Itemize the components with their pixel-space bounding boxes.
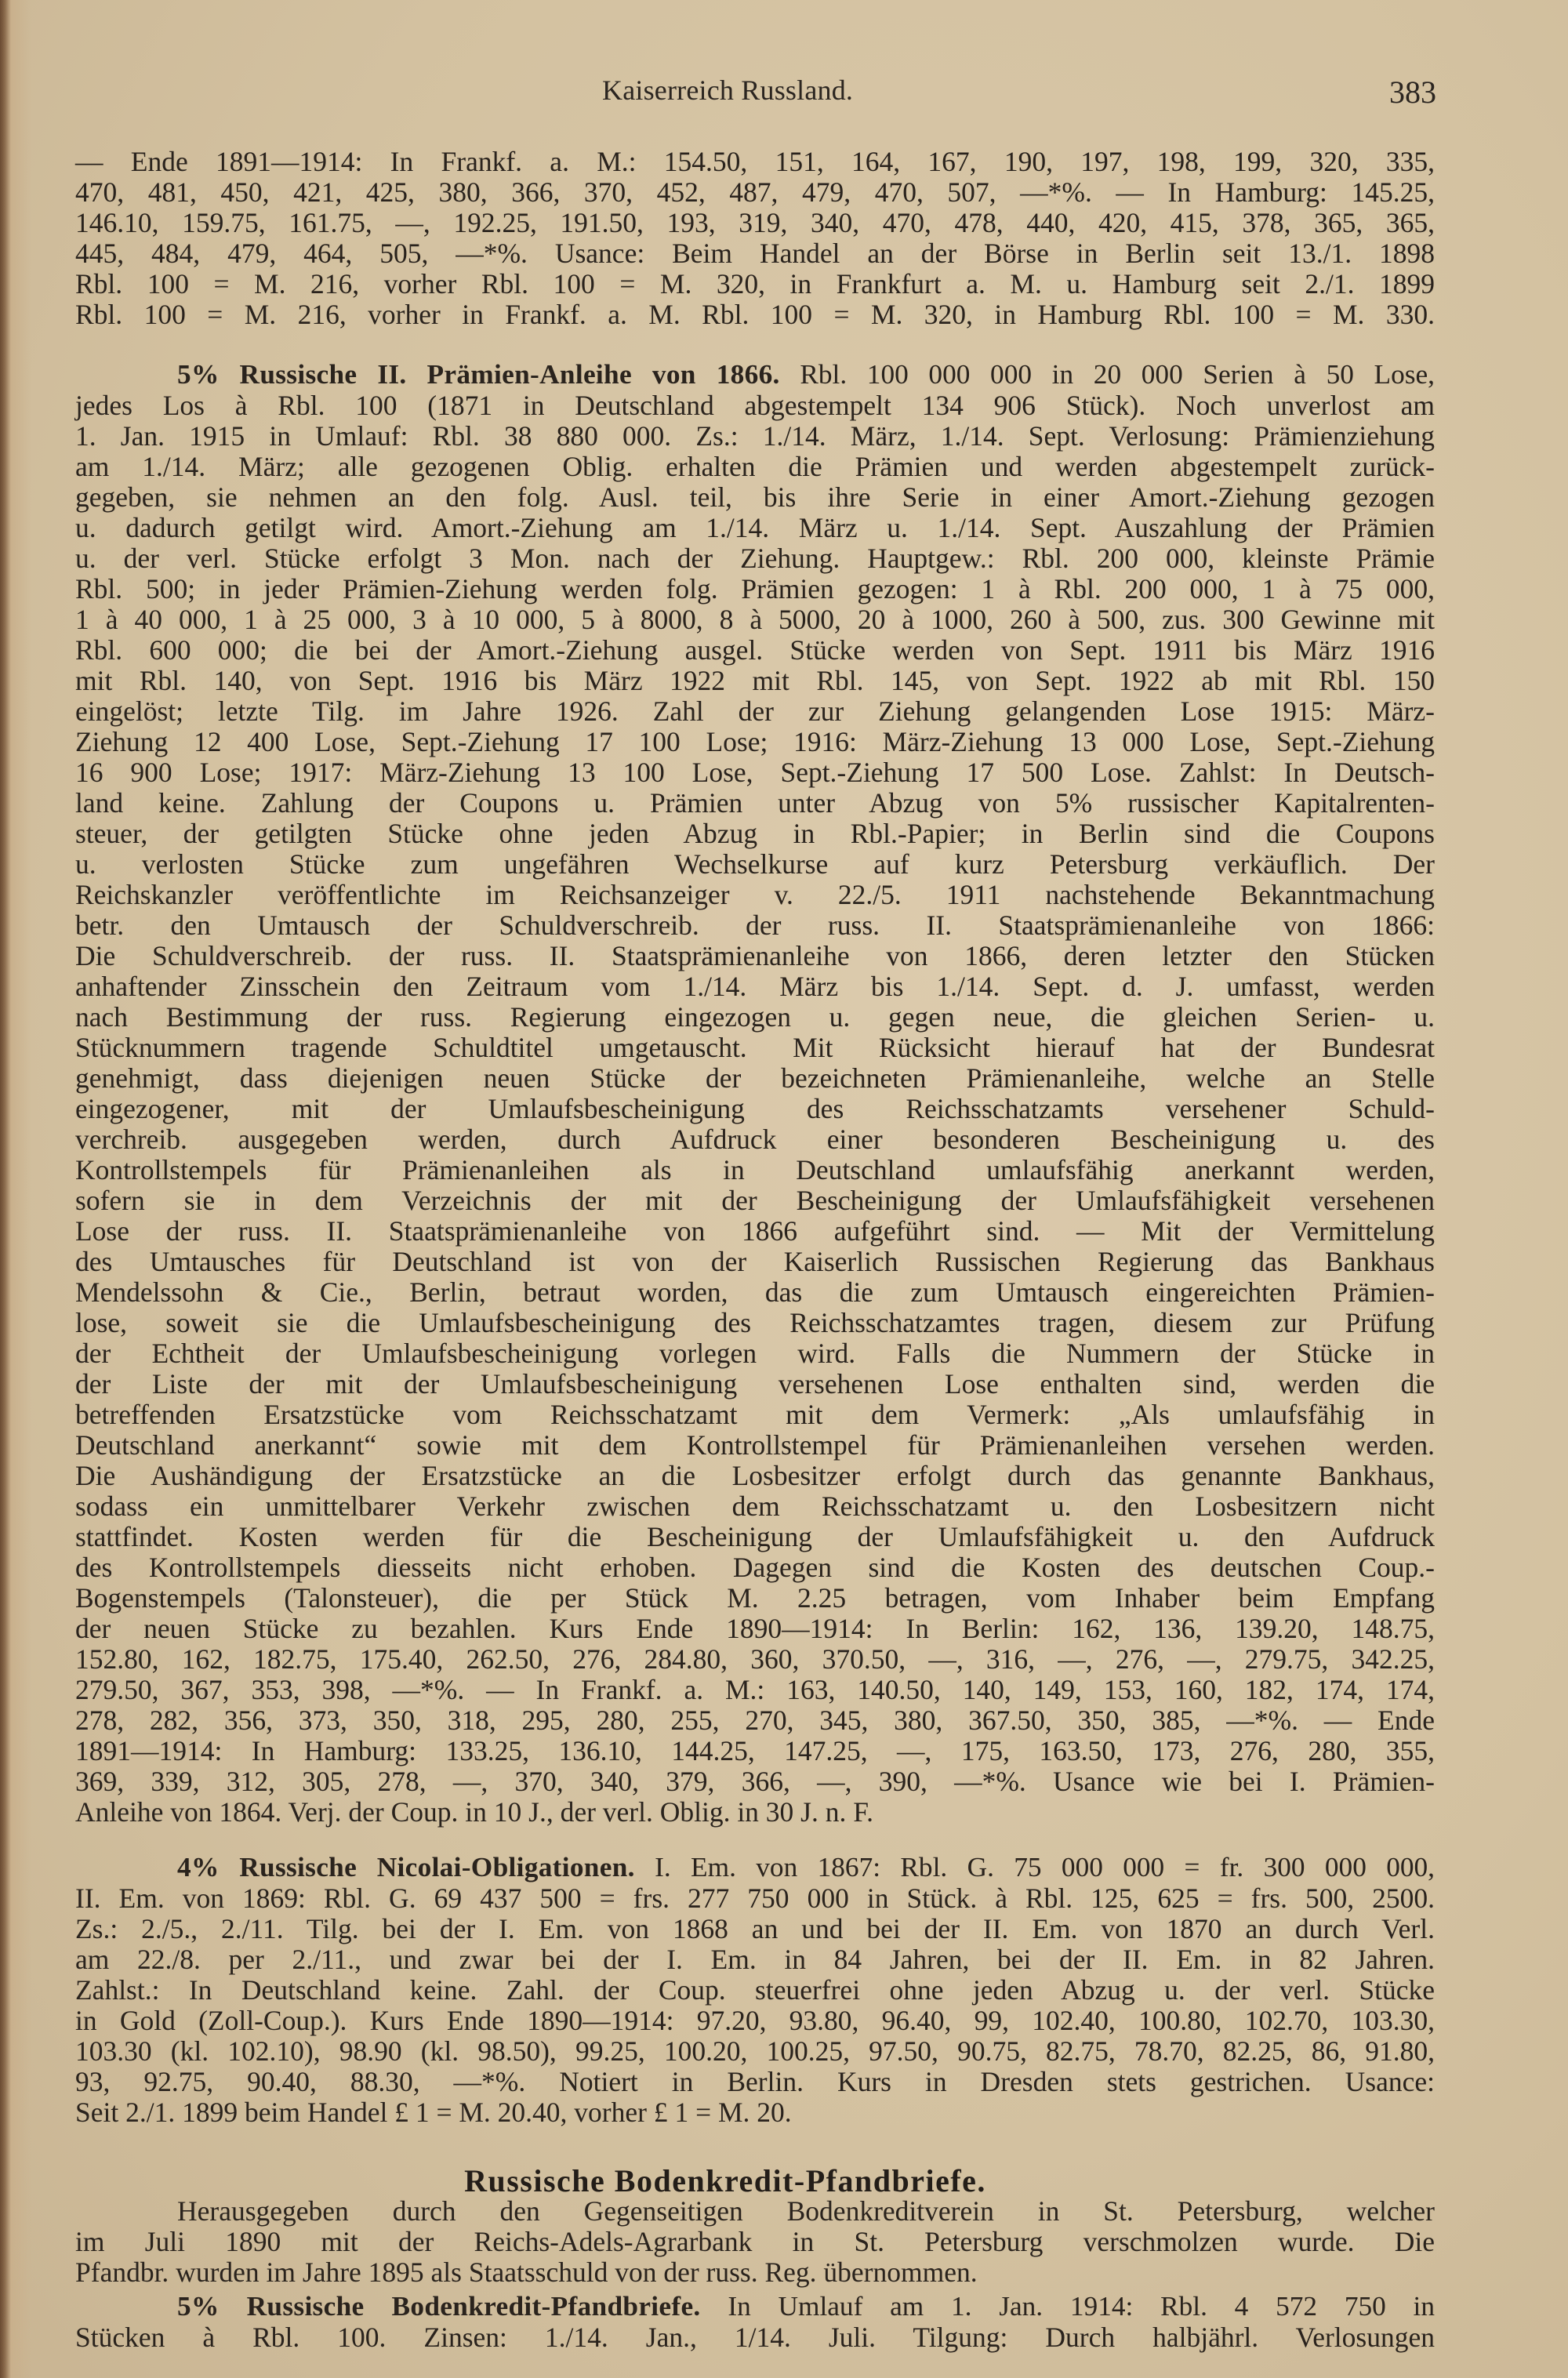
text-line: Stücken à Rbl. 100. Zinsen: 1./14. Jan.,… [75, 2322, 1435, 2353]
text-line: 1. Jan. 1915 in Umlauf: Rbl. 38 880 000.… [75, 420, 1435, 452]
text-line-last: Seit 2./1. 1899 beim Handel £ 1 = M. 20.… [75, 2097, 792, 2128]
text-line: im Juli 1890 mit der Reichs-Adels-Agrarb… [75, 2226, 1435, 2257]
text-line-last: Pfandbr. wurden im Jahre 1895 als Staats… [75, 2256, 978, 2288]
page-number: 383 [1389, 74, 1436, 111]
entry-title: 5% Russische Bodenkredit-Pfandbriefe. [177, 2291, 701, 2322]
text-line: Reichskanzler veröffentlichte im Reichsa… [75, 879, 1435, 910]
text-line: 152.80, 162, 182.75, 175.40, 262.50, 276… [75, 1643, 1435, 1675]
text-line: sodass ein unmittelbarer Verkehr zwische… [75, 1490, 1435, 1522]
text-line-last: Anleihe von 1864. Verj. der Coup. in 10 … [75, 1796, 873, 1828]
text-line: betr. den Umtausch der Schuldverschreib.… [75, 909, 1435, 941]
running-head: Kaiserreich Russland. 383 [0, 74, 1568, 113]
text-line: 1 à 40 000, 1 à 25 000, 3 à 10 000, 5 à … [75, 604, 1435, 635]
entry-first-line: 5% Russische Bodenkredit-Pfandbriefe. In… [177, 2291, 1435, 2322]
entry-first-line: 4% Russische Nicolai-Obligationen. I. Em… [177, 1852, 1435, 1883]
entry-first-line-text: Rbl. 100 000 000 in 20 000 Serien à 50 L… [800, 359, 1435, 390]
text-line: u. verlosten Stücke zum ungefähren Wechs… [75, 848, 1435, 880]
text-line: mit Rbl. 140, von Sept. 1916 bis März 19… [75, 665, 1435, 696]
text-line: 1891—1914: In Hamburg: 133.25, 136.10, 1… [75, 1735, 1435, 1766]
book-page: Kaiserreich Russland. 383 — Ende 1891—19… [0, 0, 1568, 2378]
section-heading: Russische Bodenkredit-Pfandbriefe. [0, 2162, 1568, 2199]
text-line: des Umtausches für Deutschland ist von d… [75, 1246, 1435, 1277]
text-line: sofern sie in dem Verzeichnis der mit de… [75, 1185, 1435, 1216]
text-line: in Gold (Zoll-Coup.). Kurs Ende 1890—191… [75, 2005, 1435, 2036]
entry-first-line-text: I. Em. von 1867: Rbl. G. 75 000 000 = fr… [655, 1852, 1435, 1882]
text-line: der Liste der mit der Umlaufsbescheinigu… [75, 1368, 1435, 1400]
text-line: Ziehung 12 400 Lose, Sept.-Ziehung 17 10… [75, 726, 1435, 757]
text-line: u. der verl. Stücke erfolgt 3 Mon. nach … [75, 543, 1435, 574]
text-line: am 22./8. per 2./11., und zwar bei der I… [75, 1944, 1435, 1975]
text-line: Zahlst.: In Deutschland keine. Zahl. der… [75, 1974, 1435, 2006]
text-line: 103.30 (kl. 102.10), 98.90 (kl. 98.50), … [75, 2035, 1435, 2067]
text-line: gegeben, sie nehmen an den folg. Ausl. t… [75, 481, 1435, 513]
text-line: Die Aushändigung der Ersatzstücke an die… [75, 1460, 1435, 1491]
text-line: Rbl. 100 = M. 216, vorher in Frankf. a. … [75, 299, 1435, 330]
text-line: 279.50, 367, 353, 398, —*%. — In Frankf.… [75, 1674, 1435, 1705]
text-line: des Kontrollstempels diesseits nicht erh… [75, 1552, 1435, 1583]
section-heading-text: Russische Bodenkredit-Pfandbriefe. [464, 2162, 986, 2199]
text-line: 445, 484, 479, 464, 505, —*%. Usance: Be… [75, 238, 1435, 269]
text-line: Mendelssohn & Cie., Berlin, betraut word… [75, 1276, 1435, 1308]
text-line: lose, soweit sie die Umlaufsbescheinigun… [75, 1307, 1435, 1338]
entry-first-line-text: In Umlauf am 1. Jan. 1914: Rbl. 4 572 75… [728, 2291, 1435, 2322]
text-line: anhaftender Zinsschein den Zeitraum vom … [75, 971, 1435, 1002]
text-line: Stücknummern tragende Schuldtitel umgeta… [75, 1032, 1435, 1063]
text-line: Herausgegeben durch den Gegenseitigen Bo… [177, 2195, 1435, 2227]
entry-title: 5% Russische II. Prämien-Anleihe von 186… [177, 359, 780, 390]
text-line: eingelöst; letzte Tilg. im Jahre 1926. Z… [75, 695, 1435, 727]
text-line: 16 900 Lose; 1917: März-Ziehung 13 100 L… [75, 757, 1435, 788]
text-line: jedes Los à Rbl. 100 (1871 in Deutschlan… [75, 390, 1435, 421]
text-line: u. dadurch getilgt wird. Amort.-Ziehung … [75, 512, 1435, 543]
text-line: Rbl. 100 = M. 216, vorher Rbl. 100 = M. … [75, 268, 1435, 300]
text-line: Rbl. 600 000; die bei der Amort.-Ziehung… [75, 634, 1435, 666]
text-line: 369, 339, 312, 305, 278, —, 370, 340, 37… [75, 1766, 1435, 1797]
text-line: 278, 282, 356, 373, 350, 318, 295, 280, … [75, 1705, 1435, 1736]
text-line: eingezogener, mit der Umlaufsbescheinigu… [75, 1093, 1435, 1124]
text-line: stattfindet. Kosten werden für die Besch… [75, 1521, 1435, 1552]
text-line: 146.10, 159.75, 161.75, —, 192.25, 191.5… [75, 207, 1435, 238]
text-line: Zs.: 2./5., 2./11. Tilg. bei der I. Em. … [75, 1913, 1435, 1944]
text-line: betreffenden Ersatzstücke vom Reichsscha… [75, 1399, 1435, 1430]
text-line: genehmigt, dass diejenigen neuen Stücke … [75, 1062, 1435, 1094]
text-line: — Ende 1891—1914: In Frankf. a. M.: 154.… [75, 146, 1435, 177]
text-line: steuer, der getilgten Stücke ohne jeden … [75, 818, 1435, 849]
text-line: II. Em. von 1869: Rbl. G. 69 437 500 = f… [75, 1882, 1435, 1914]
running-head-title: Kaiserreich Russland. [602, 74, 853, 107]
text-line: am 1./14. März; alle gezogenen Oblig. er… [75, 451, 1435, 482]
text-line: der neuen Stücke zu bezahlen. Kurs Ende … [75, 1613, 1435, 1644]
entry-first-line: 5% Russische II. Prämien-Anleihe von 186… [177, 359, 1435, 390]
text-line: Rbl. 500; in jeder Prämien-Ziehung werde… [75, 573, 1435, 604]
text-line: Lose der russ. II. Staatsprämienanleihe … [75, 1215, 1435, 1247]
text-line: Bogenstempels (Talonsteuer), die per Stü… [75, 1582, 1435, 1614]
text-line: Deutschland anerkannt“ sowie mit dem Kon… [75, 1429, 1435, 1461]
text-line: Die Schuldverschreib. der russ. II. Staa… [75, 940, 1435, 971]
text-line: der Echtheit der Umlaufsbescheinigung vo… [75, 1338, 1435, 1369]
text-line: nach Bestimmung der russ. Regierung eing… [75, 1001, 1435, 1033]
text-line: 470, 481, 450, 421, 425, 380, 366, 370, … [75, 176, 1435, 208]
text-line: Kontrollstempels für Prämienanleihen als… [75, 1154, 1435, 1185]
text-line: land keine. Zahlung der Coupons u. Prämi… [75, 787, 1435, 819]
entry-title: 4% Russische Nicolai-Obligationen. [177, 1852, 635, 1882]
text-line: 93, 92.75, 90.40, 88.30, —*%. Notiert in… [75, 2066, 1435, 2097]
text-line: verchreib. ausgegeben werden, durch Aufd… [75, 1124, 1435, 1155]
